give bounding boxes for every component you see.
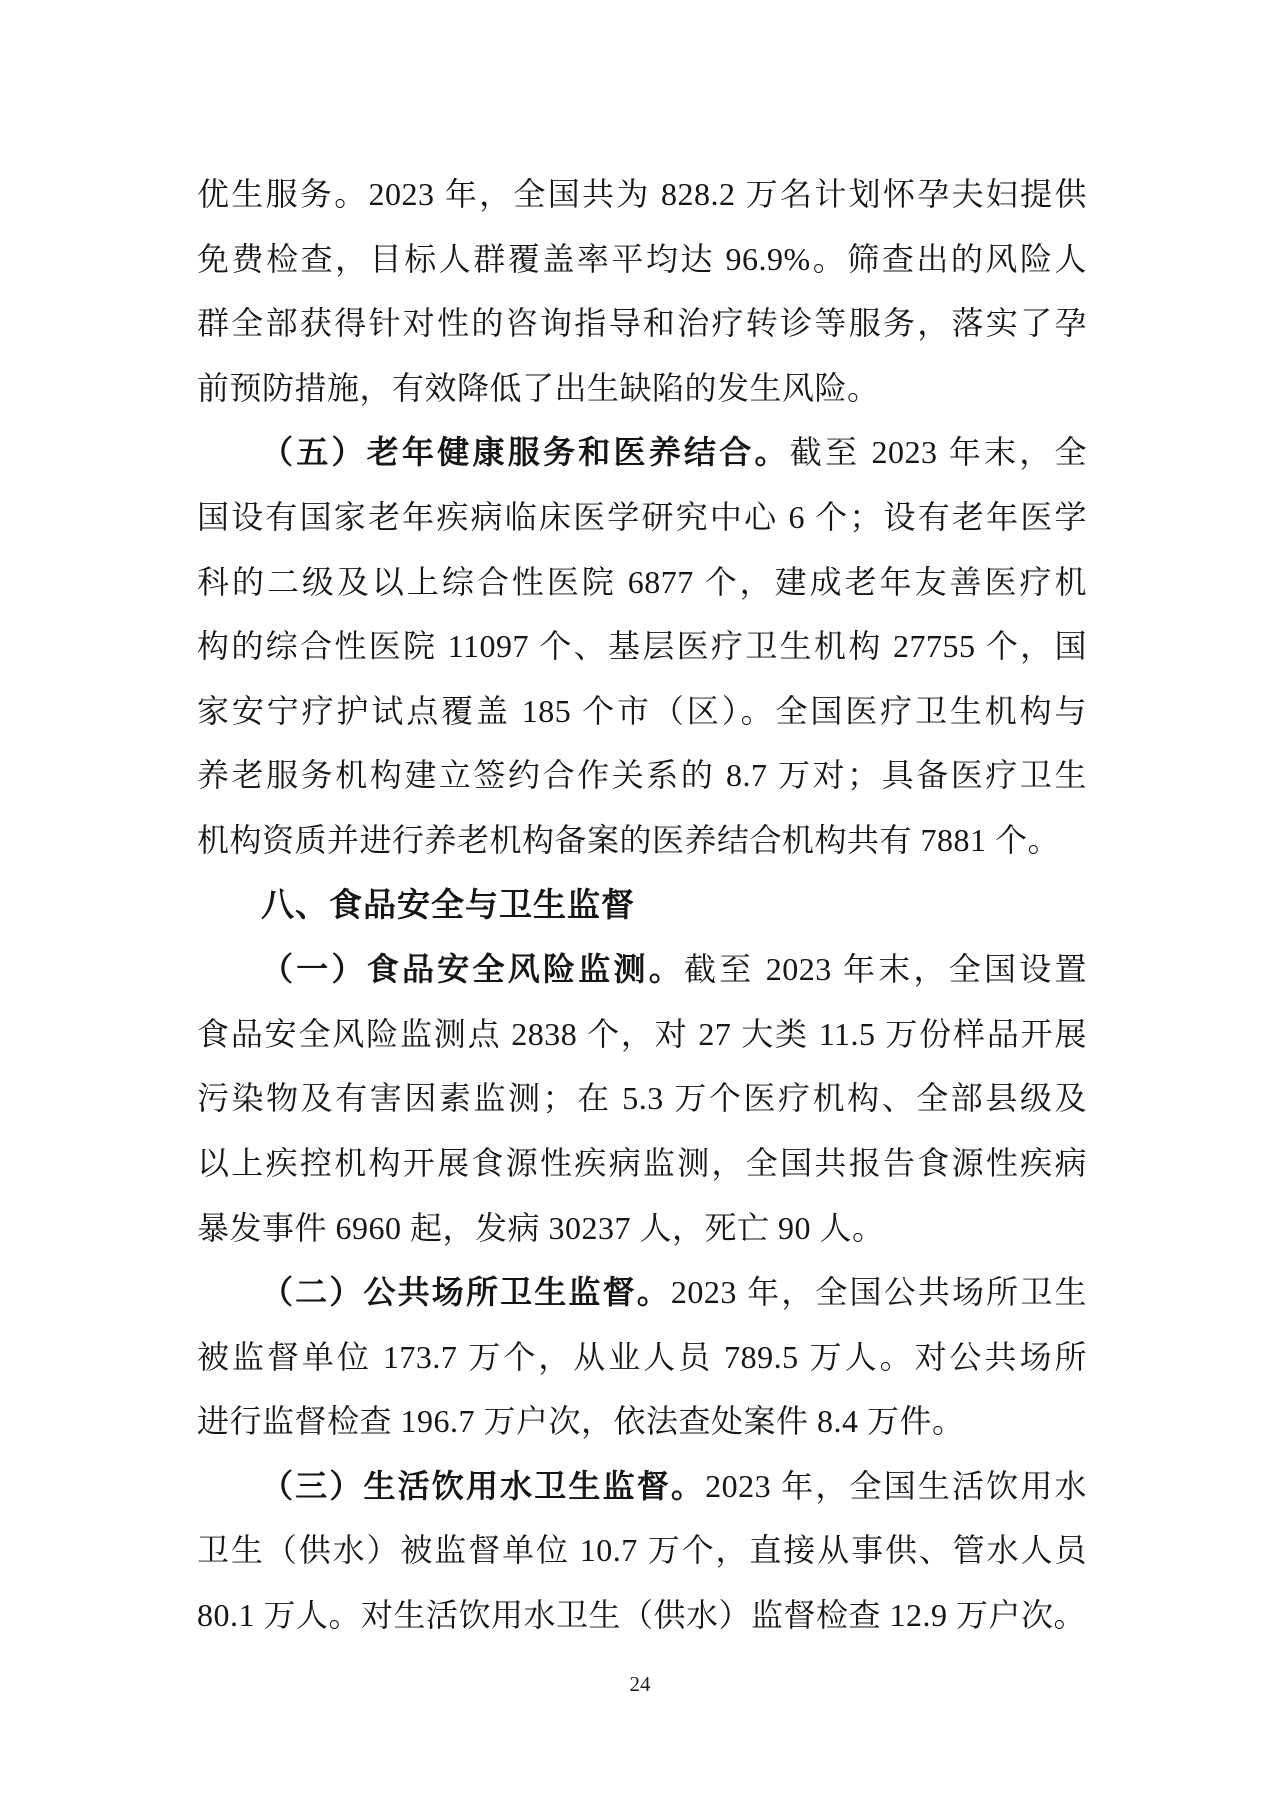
bold-text-segment: 八、食品安全与卫生监督 <box>261 886 635 923</box>
text-segment: 卫生（供水）被监督单位 10.7 万个，直接从事供、管水人员 <box>197 1532 1087 1568</box>
text-block: 优生服务。2023 年，全国共为 828.2 万名计划怀孕夫妇提供免费检查，目标… <box>197 162 1087 1648</box>
text-segment: 构的综合性医院 11097 个、基层医疗卫生机构 27755 个，国 <box>197 628 1087 664</box>
text-line: （五）老年健康服务和医养结合。截至 2023 年末，全 <box>197 420 1087 485</box>
text-segment: 国设有国家老年疾病临床医学研究中心 6 个；设有老年医学 <box>197 499 1087 535</box>
bold-text-segment: （五）老年健康服务和医养结合。 <box>261 434 790 470</box>
bold-text-segment: （二）公共场所卫生监督。 <box>261 1274 671 1310</box>
text-line: 前预防措施，有效降低了出生缺陷的发生风险。 <box>197 356 1087 421</box>
text-line: 免费检查，目标人群覆盖率平均达 96.9%。筛查出的风险人 <box>197 227 1087 292</box>
text-segment: 以上疾控机构开展食源性疾病监测，全国共报告食源性疾病 <box>197 1145 1087 1181</box>
text-segment: 科的二级及以上综合性医院 6877 个，建成老年友善医疗机 <box>197 564 1087 600</box>
page-number: 24 <box>0 1672 1280 1697</box>
text-line: 养老服务机构建立签约合作关系的 8.7 万对；具备医疗卫生 <box>197 743 1087 808</box>
text-line: 以上疾控机构开展食源性疾病监测，全国共报告食源性疾病 <box>197 1131 1087 1196</box>
text-segment: 2023 年，全国公共场所卫生 <box>671 1274 1087 1310</box>
text-segment: 养老服务机构建立签约合作关系的 8.7 万对；具备医疗卫生 <box>197 757 1087 793</box>
section-heading-line: 八、食品安全与卫生监督 <box>197 873 1087 938</box>
text-line: 国设有国家老年疾病临床医学研究中心 6 个；设有老年医学 <box>197 485 1087 550</box>
text-line: 构的综合性医院 11097 个、基层医疗卫生机构 27755 个，国 <box>197 614 1087 679</box>
text-segment: 优生服务。2023 年，全国共为 828.2 万名计划怀孕夫妇提供 <box>197 176 1087 212</box>
bold-text-segment: （一）食品安全风险监测。 <box>261 951 684 987</box>
text-segment: 2023 年，全国生活饮用水 <box>705 1468 1087 1504</box>
text-segment: 进行监督检查 196.7 万户次，依法查处案件 8.4 万件。 <box>197 1403 965 1439</box>
text-line: 80.1 万人。对生活饮用水卫生（供水）监督检查 12.9 万户次。 <box>197 1583 1087 1648</box>
text-line: 群全部获得针对性的咨询指导和治疗转诊等服务，落实了孕 <box>197 291 1087 356</box>
text-line: 污染物及有害因素监测；在 5.3 万个医疗机构、全部县级及 <box>197 1066 1087 1131</box>
text-line: 暴发事件 6960 起，发病 30237 人，死亡 90 人。 <box>197 1196 1087 1261</box>
text-segment: 80.1 万人。对生活饮用水卫生（供水）监督检查 12.9 万户次。 <box>197 1597 1086 1633</box>
text-segment: 截至 2023 年末，全 <box>790 434 1087 470</box>
text-segment: 被监督单位 173.7 万个，从业人员 789.5 万人。对公共场所 <box>197 1339 1087 1375</box>
text-line: （一）食品安全风险监测。截至 2023 年末，全国设置 <box>197 937 1087 1002</box>
text-line: 科的二级及以上综合性医院 6877 个，建成老年友善医疗机 <box>197 550 1087 615</box>
text-segment: 免费检查，目标人群覆盖率平均达 96.9%。筛查出的风险人 <box>197 241 1087 277</box>
text-line: （二）公共场所卫生监督。2023 年，全国公共场所卫生 <box>197 1260 1087 1325</box>
text-line: 家安宁疗护试点覆盖 185 个市（区）。全国医疗卫生机构与 <box>197 679 1087 744</box>
text-segment: 机构资质并进行养老机构备案的医养结合机构共有 7881 个。 <box>197 822 1060 858</box>
text-segment: 前预防措施，有效降低了出生缺陷的发生风险。 <box>197 370 880 406</box>
text-line: 食品安全风险监测点 2838 个，对 27 大类 11.5 万份样品开展 <box>197 1002 1087 1067</box>
text-line: 优生服务。2023 年，全国共为 828.2 万名计划怀孕夫妇提供 <box>197 162 1087 227</box>
text-line: 卫生（供水）被监督单位 10.7 万个，直接从事供、管水人员 <box>197 1518 1087 1583</box>
text-line: 机构资质并进行养老机构备案的医养结合机构共有 7881 个。 <box>197 808 1087 873</box>
text-segment: 群全部获得针对性的咨询指导和治疗转诊等服务，落实了孕 <box>197 305 1087 341</box>
text-segment: 截至 2023 年末，全国设置 <box>684 951 1087 987</box>
text-segment: 污染物及有害因素监测；在 5.3 万个医疗机构、全部县级及 <box>197 1080 1087 1116</box>
text-line: （三）生活饮用水卫生监督。2023 年，全国生活饮用水 <box>197 1454 1087 1519</box>
document-page: 优生服务。2023 年，全国共为 828.2 万名计划怀孕夫妇提供免费检查，目标… <box>0 0 1280 1810</box>
text-segment: 家安宁疗护试点覆盖 185 个市（区）。全国医疗卫生机构与 <box>197 693 1087 729</box>
text-line: 进行监督检查 196.7 万户次，依法查处案件 8.4 万件。 <box>197 1389 1087 1454</box>
text-line: 被监督单位 173.7 万个，从业人员 789.5 万人。对公共场所 <box>197 1325 1087 1390</box>
text-segment: 食品安全风险监测点 2838 个，对 27 大类 11.5 万份样品开展 <box>197 1016 1087 1052</box>
text-segment: 暴发事件 6960 起，发病 30237 人，死亡 90 人。 <box>197 1210 885 1246</box>
bold-text-segment: （三）生活饮用水卫生监督。 <box>261 1468 705 1504</box>
